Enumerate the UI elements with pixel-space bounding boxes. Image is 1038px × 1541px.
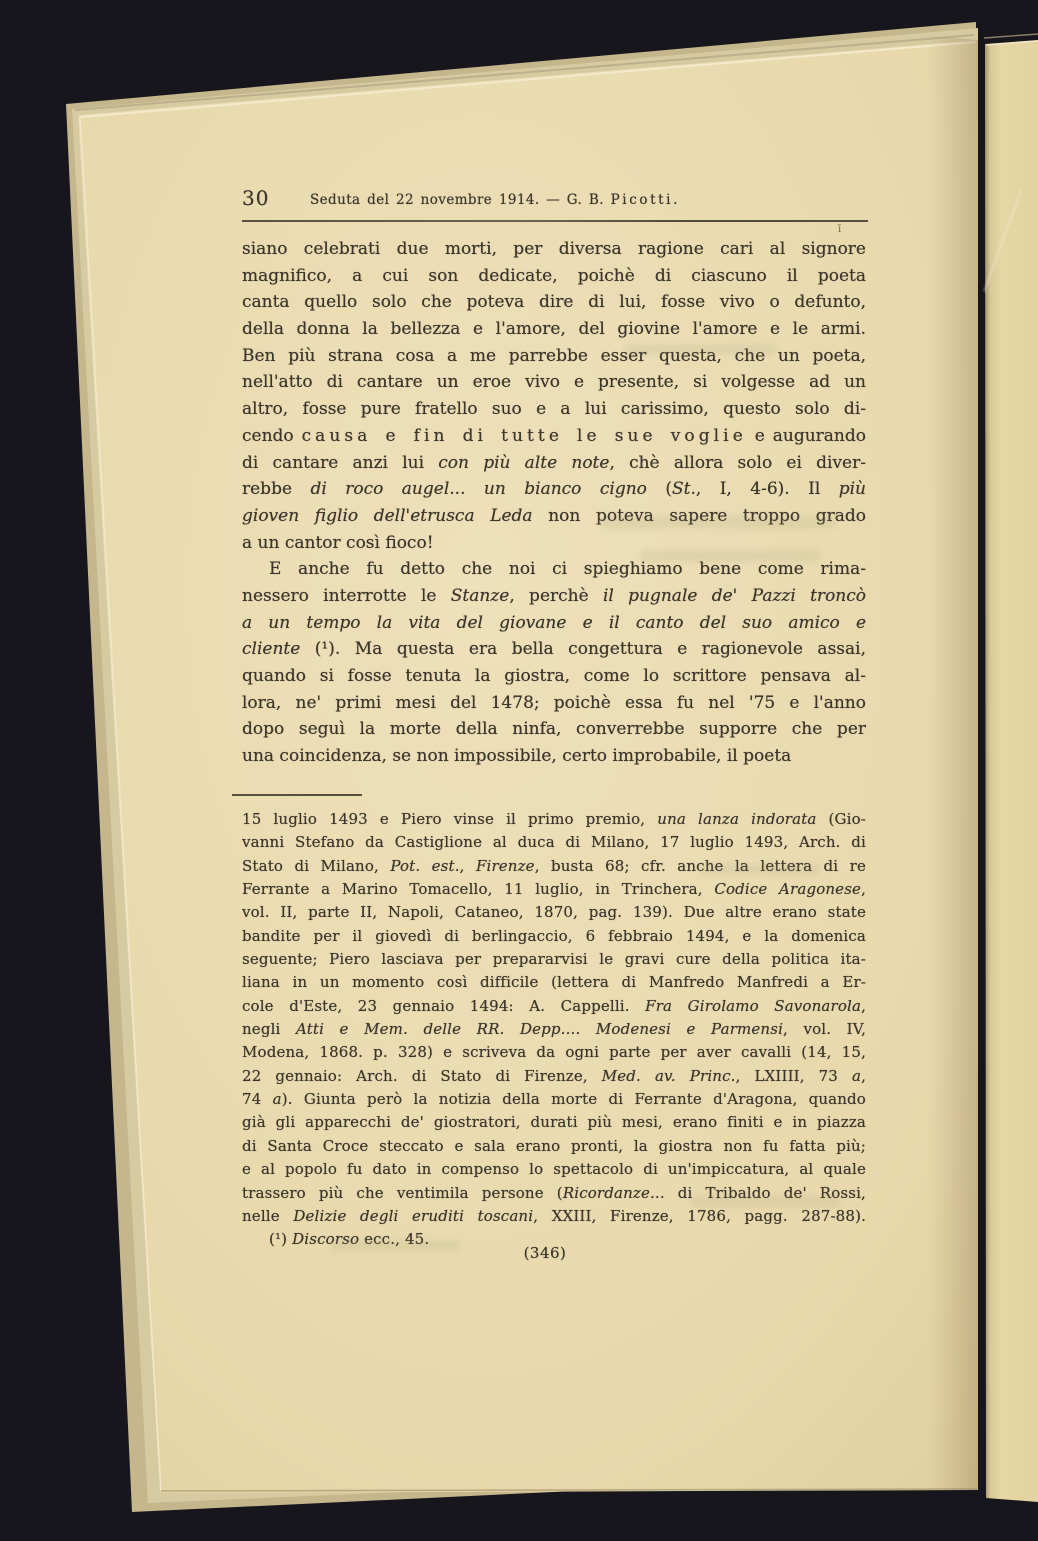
text-segment: Firenze (476, 857, 535, 875)
text-line: negli Atti e Mem. delle RR. Depp.... Mod… (242, 1018, 866, 1041)
text-line: cole d'Este, 23 gennaio 1494: A. Cappell… (242, 995, 866, 1018)
text-line: della donna la bellezza e l'amore, del g… (242, 316, 866, 343)
text-segment: causa e fin di tutte le sue voglie (302, 426, 747, 446)
text-segment: una lanza indorata (657, 810, 816, 828)
text-line: altro, fosse pure fratello suo e a lui c… (242, 396, 866, 423)
bleed-through-smudge (640, 550, 820, 562)
text-segment: il pugnale de' Pazzi troncò (603, 586, 866, 606)
text-segment: Med. av. Princ. (602, 1067, 736, 1085)
text-segment: St. (672, 479, 696, 499)
text-segment: lora, ne' primi mesi del 1478; poichè es… (242, 693, 866, 713)
text-line: vanni Stefano da Castiglione al duca di … (242, 831, 866, 854)
bleed-through-smudge (600, 516, 835, 529)
text-line: dopo seguì la morte della ninfa, converr… (242, 716, 866, 743)
text-segment: con più alte note (438, 453, 609, 473)
text-segment: quando si fosse tenuta la giostra, come … (242, 666, 866, 686)
text-segment: (¹). Ma questa era bella congettura e ra… (300, 639, 866, 659)
text-segment: , (861, 1067, 866, 1085)
text-segment: a (852, 1067, 861, 1085)
text-segment: della donna la bellezza e l'amore, del g… (242, 319, 866, 339)
text-segment: Atti e Mem. delle RR. Depp.... Modenesi … (296, 1020, 783, 1038)
text-line: Ferrante a Marino Tomacello, 11 luglio, … (242, 878, 866, 901)
text-segment: E anche fu detto che noi ci spieghiamo b… (269, 559, 866, 579)
body-text: siano celebrati due morti, per diversa r… (242, 236, 866, 770)
text-line: magnifico, a cui son dedicate, poichè di… (242, 263, 866, 290)
text-line: nelle Delizie degli eruditi toscani, XXI… (242, 1205, 866, 1228)
text-line: canta quello solo che poteva dire di lui… (242, 289, 866, 316)
text-segment: , I, 4-6). Il (696, 479, 839, 499)
text-line: seguente; Piero lasciava per prepararvis… (242, 948, 866, 971)
text-segment: cole d'Este, 23 gennaio 1494: A. Cappell… (242, 997, 645, 1015)
text-segment: liana in un momento così difficile (lett… (242, 973, 866, 991)
text-segment: nelle (242, 1207, 293, 1225)
text-segment: gioven figlio dell'etrusca Leda (242, 506, 533, 526)
text-segment: nell'atto di cantare un eroe vivo e pres… (242, 372, 866, 392)
text-line: liana in un momento così difficile (lett… (242, 971, 866, 994)
bleed-through-smudge (690, 1196, 840, 1207)
text-segment: negli (242, 1020, 296, 1038)
text-segment: ( (647, 479, 672, 499)
paper-crease (983, 188, 1023, 292)
text-segment: a (273, 1090, 282, 1108)
text-segment: Codice Aragonese (714, 880, 861, 898)
text-segment: rebbe (242, 479, 310, 499)
text-segment: 15 luglio 1493 e Piero vinse il primo pr… (242, 810, 657, 828)
text-line: bandite per il giovedì di berlingaccio, … (242, 925, 866, 948)
text-line: 74 a). Giunta però la notizia della mort… (242, 1088, 866, 1111)
text-segment: di roco augel... un bianco cigno (310, 479, 646, 499)
text-line: quando si fosse tenuta la giostra, come … (242, 663, 866, 690)
text-segment: bandite per il giovedì di berlingaccio, … (242, 927, 866, 945)
text-segment: Delizie degli eruditi toscani (293, 1207, 533, 1225)
text-segment: canta quello solo che poteva dire di lui… (242, 292, 866, 312)
text-line: nell'atto di cantare un eroe vivo e pres… (242, 369, 866, 396)
text-line: vol. II, parte II, Napoli, Cataneo, 1870… (242, 901, 866, 924)
text-segment: trassero più che ventimila persone ( (242, 1184, 563, 1202)
text-segment: di Santa Croce steccato e sala erano pro… (242, 1137, 866, 1155)
text-segment: , (460, 857, 476, 875)
text-segment: , (861, 997, 866, 1015)
bleed-through-smudge (330, 1240, 460, 1251)
text-segment: , perchè (509, 586, 603, 606)
text-line: 22 gennaio: Arch. di Stato di Firenze, M… (242, 1065, 866, 1088)
text-segment: cliente (242, 639, 300, 659)
text-segment: Picotti. (611, 192, 680, 208)
text-segment: nessero interrotte le (242, 586, 451, 606)
text-segment: Stato di Milano, (242, 857, 390, 875)
text-segment: siano celebrati due morti, per diversa r… (242, 239, 866, 259)
bleed-through-smudge (700, 864, 820, 875)
text-segment: Modena, 1868. p. 328) e scriveva da ogni… (242, 1043, 866, 1061)
text-line: una coincidenza, se non impossibile, cer… (242, 743, 866, 770)
text-line: a un tempo la vita del giovane e il cant… (242, 610, 866, 637)
text-segment: più (839, 479, 866, 499)
text-segment: Ricordanze... (563, 1184, 665, 1202)
scanned-book-photo: 30 Seduta del 22 novembre 1914. — G. B. … (0, 0, 1038, 1541)
text-segment: 22 gennaio: Arch. di Stato di Firenze, (242, 1067, 602, 1085)
text-segment: seguente; Piero lasciava per prepararvis… (242, 950, 866, 968)
print-artifact: ī (838, 224, 841, 235)
text-segment: 74 (242, 1090, 273, 1108)
text-segment: (Gio- (816, 810, 866, 828)
text-line: già gli apparecchi de' giostratori, dura… (242, 1111, 866, 1134)
text-segment: vol. II, parte II, Napoli, Cataneo, 1870… (242, 903, 866, 921)
text-segment: Seduta del 22 novembre 1914. — G. B. (310, 192, 611, 208)
text-segment: magnifico, a cui son dedicate, poichè di… (242, 266, 866, 286)
footnote-separator (232, 794, 362, 796)
text-segment: una coincidenza, se non impossibile, cer… (242, 746, 791, 766)
text-line: 15 luglio 1493 e Piero vinse il primo pr… (242, 808, 866, 831)
text-line: cendo causa e fin di tutte le sue voglie… (242, 423, 866, 450)
text-segment: e augurando (747, 426, 866, 446)
text-line: nessero interrotte le Stanze, perchè il … (242, 583, 866, 610)
text-line: e al popolo fu dato in compenso lo spett… (242, 1158, 866, 1181)
text-segment: dopo seguì la morte della ninfa, converr… (242, 719, 866, 739)
bleed-through-smudge (625, 344, 775, 355)
text-segment: , chè allora solo ei diver- (609, 453, 866, 473)
text-line: di Santa Croce steccato e sala erano pro… (242, 1135, 866, 1158)
text-line: cliente (¹). Ma questa era bella congett… (242, 636, 866, 663)
text-segment: di cantare anzi lui (242, 453, 438, 473)
text-segment: già gli apparecchi de' giostratori, dura… (242, 1113, 866, 1131)
running-header: Seduta del 22 novembre 1914. — G. B. Pic… (242, 192, 748, 208)
text-line: di cantare anzi lui con più alte note, c… (242, 450, 866, 477)
text-segment: a un tempo la vita del giovane e il cant… (242, 613, 866, 633)
text-segment: , LXIIII, 73 (736, 1067, 852, 1085)
footer-page-number: (346) (233, 1244, 857, 1262)
page-content: 30 Seduta del 22 novembre 1914. — G. B. … (0, 0, 1038, 1541)
text-segment: ). Giunta però la notizia della morte di… (282, 1090, 866, 1108)
text-segment: a un cantor così fioco! (242, 533, 434, 553)
text-segment: , (861, 880, 866, 898)
text-segment: Fra Girolamo Savonarola (645, 997, 861, 1015)
text-line: siano celebrati due morti, per diversa r… (242, 236, 866, 263)
text-line: rebbe di roco augel... un bianco cigno (… (242, 476, 866, 503)
text-segment: Ferrante a Marino Tomacello, 11 luglio, … (242, 880, 714, 898)
text-line: Modena, 1868. p. 328) e scriveva da ogni… (242, 1041, 866, 1064)
text-segment: cendo (242, 426, 302, 446)
text-line: lora, ne' primi mesi del 1478; poichè es… (242, 690, 866, 717)
text-segment: Pot. est. (390, 857, 459, 875)
text-segment: vanni Stefano da Castiglione al duca di … (242, 833, 866, 851)
text-segment: altro, fosse pure fratello suo e a lui c… (242, 399, 866, 419)
text-segment: Stanze (451, 586, 510, 606)
text-segment: , XXIII, Firenze, 1786, pagg. 287-88). (533, 1207, 866, 1225)
header-rule (242, 220, 868, 222)
text-segment: e al popolo fu dato in compenso lo spett… (242, 1160, 866, 1178)
text-segment: , vol. IV, (783, 1020, 866, 1038)
